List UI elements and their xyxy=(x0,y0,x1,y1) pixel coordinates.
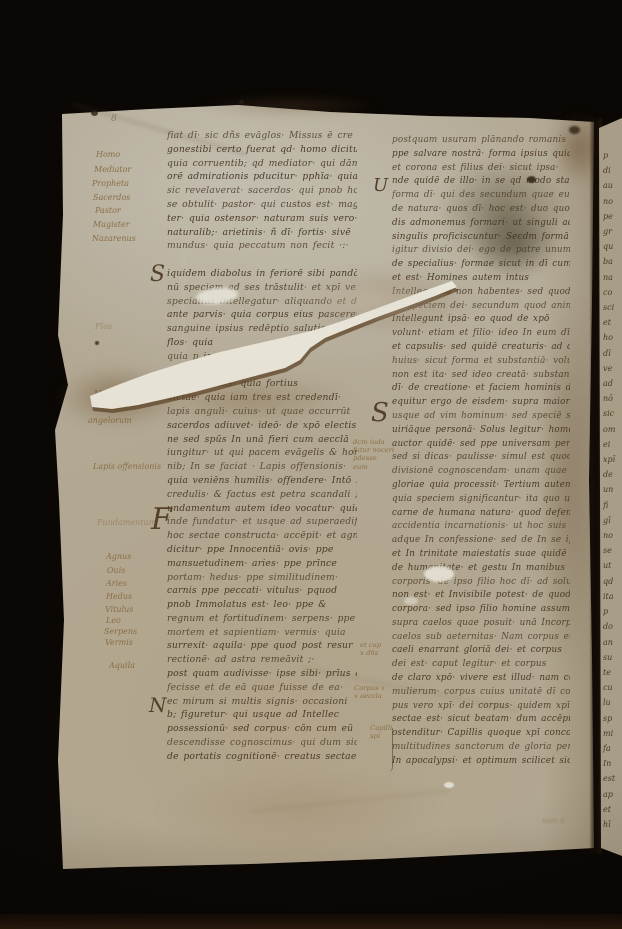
manuscript-text-line: ppe salvare nostrā· forma ipsius quia Ca xyxy=(392,148,570,162)
quire-mark: 8 xyxy=(111,114,117,124)
manuscript-text-line: se obtulit· pastor· qui custos est· magi… xyxy=(167,198,357,212)
manuscript-text-line: sic revelaverat· sacerdos· qui pnob host… xyxy=(167,184,357,198)
gloss-line: x dñs xyxy=(360,649,381,657)
facing-page-fragment: no xyxy=(603,528,622,543)
manuscript-text-line: de natura· quos dī· hoc est· duo quoque xyxy=(392,203,570,217)
manuscript-text-line: fecisse et de eā quae fuisse de ea· xyxy=(167,681,357,695)
facing-page-fragment: ut xyxy=(603,558,622,573)
manuscript-text-line: corporis· de ipso filio hoc dī· ad solum… xyxy=(392,576,570,590)
facing-page-fragment: na xyxy=(603,270,622,285)
manuscript-text-line: inde fundatur· et usque ad superaedifi xyxy=(167,515,357,529)
manuscript-text-line: usque ad vim hominum· sed speciē substan xyxy=(392,410,570,424)
intercolumn-gloss: et capx dñs xyxy=(360,641,381,657)
margin-note: Homo xyxy=(96,150,120,159)
manuscript-text-line: surrexit· aquila· ppe quod post resur xyxy=(167,639,357,653)
manuscript-text-line: volunt· etiam et filio· ideo In eum dī· xyxy=(392,327,570,341)
facing-page-fragment: sp xyxy=(603,711,622,726)
margin-note: Lapis offensionis xyxy=(93,462,161,471)
margin-note: Vitulus xyxy=(105,605,133,614)
decorated-initial: F xyxy=(151,505,172,535)
margin-note: Flos xyxy=(95,322,112,331)
facing-page-fragment: In xyxy=(603,756,622,771)
facing-page-fragment: ei xyxy=(603,437,622,452)
facing-page-fragment: dī xyxy=(603,346,622,361)
margin-note: Hedus xyxy=(106,592,132,601)
margin-note: Sacerdos xyxy=(93,193,130,202)
abrasion-patch xyxy=(300,278,450,324)
facing-page-fragment: ve xyxy=(603,361,622,376)
facing-page-fragment: p xyxy=(603,148,622,163)
manuscript-text-line: sectae est· sicut beatam· dum accēpit xyxy=(392,713,570,727)
manuscript-text-line: ter· quia ostensor· naturam suis vero· e… xyxy=(167,212,357,226)
facing-page-fragment: ap xyxy=(603,787,622,802)
manuscript-text-line: ostenditur· Capillis quoque xpī concordi… xyxy=(392,727,570,741)
manuscript-text-line: dicitur· ppe Innocentiā· ovis· ppe xyxy=(167,543,357,557)
facing-page-fragment: ho xyxy=(603,330,622,345)
manuscript-text-line: sacerdos adiuvet· ideō· de xpō electis xyxy=(167,419,357,433)
gloss-line: dcm iuda xyxy=(353,438,394,446)
facing-page-fragment: qd xyxy=(603,574,622,589)
facing-page-fragment: est xyxy=(603,771,622,786)
manuscript-text-line: pus vero xpī· dei corpus· quidem xpī sun… xyxy=(392,700,570,714)
facing-page-fragment: fa xyxy=(603,741,622,756)
manuscript-text-line: uiriāque personā· Solus legitur· homo et xyxy=(392,424,570,438)
manuscript-text-line: de claro xpō· vivere est illud· nam corp… xyxy=(392,672,570,686)
manuscript-text-line: carnis ppe peccati· vitulus· pquod xyxy=(167,584,357,598)
manuscript-text-line: gonestibi certo fuerat qd· homo dicitur· xyxy=(167,143,357,157)
intercolumn-gloss: Corpus xx aeccla xyxy=(354,684,385,700)
manuscript-text-line: multitudines sanctorum de gloria per unā xyxy=(392,741,570,755)
decorated-initial: N xyxy=(149,695,167,715)
manuscript-text-line: et corona est filius dei· sicut ipsa· xyxy=(392,162,570,176)
facing-page-fragment: nō xyxy=(603,391,622,406)
manuscript-text-line: regnum et fortitudinem· serpens· ppe xyxy=(167,612,357,626)
manuscript-text-line: dī· de creatione· et faciem hominis de e… xyxy=(392,382,570,396)
gloss-line: pdesse xyxy=(353,454,394,462)
manuscript-text-line: nib; In se faciat · Lapis offensionis· xyxy=(167,460,357,474)
manuscript-text-line: postquam usuram plānando romanis pho xyxy=(392,134,570,148)
margin-note: angelorum xyxy=(88,416,132,425)
manuscript-text-line: quia veniēns humilis· offendere· Intō In xyxy=(167,474,357,488)
manuscript-text-line: divisionē cognoscendam· unam quae dnī xyxy=(392,465,570,479)
facing-page-fragment: gī xyxy=(603,513,622,528)
facing-page-fragment: lu xyxy=(603,695,622,710)
facing-page-fragment: ad xyxy=(603,376,622,391)
facing-page-fragment: fi xyxy=(603,498,622,513)
margin-note: Fundamentum xyxy=(97,518,156,527)
manuscript-text-line: mundus· quia peccatum non fecit ·:· xyxy=(167,239,357,253)
manuscript-text-line: mulierum· corpus cuius unitatē dī cor xyxy=(392,686,570,700)
manuscript-text-line: ne sed spūs In unā fieri cum aecclā xyxy=(167,433,357,447)
manuscript-text-line: credulis· & factus est petra scandali ;· xyxy=(167,488,357,502)
text-column-right: postquam usuram plānando romanis phoppe … xyxy=(392,134,570,769)
facing-page-fragment: gr xyxy=(603,224,622,239)
margin-note: Aquila xyxy=(109,661,135,670)
manuscript-text-line: carne de humana natura· quod defensionē xyxy=(392,507,570,521)
manuscript-text-line: iungitur· ut qui pacem evāgelis & homi xyxy=(167,446,357,460)
manuscript-text-line: portam· hedus· ppe similitudinem· xyxy=(167,571,357,585)
facing-page-fragment: qu xyxy=(603,239,622,254)
manuscript-text-line: mansuetudinem· aries· ppe prīnce xyxy=(167,557,357,571)
facing-page-fragment: pe xyxy=(603,209,622,224)
margin-note: Mediator xyxy=(94,165,131,174)
gloss-line: eum xyxy=(353,463,394,471)
facing-page-fragment: do xyxy=(603,619,622,634)
facing-page-fragment: un xyxy=(603,482,622,497)
facing-page-fragment: ita xyxy=(603,589,622,604)
margin-note: Aries xyxy=(106,579,127,588)
manuscript-text-line: lapis anguli· cuius· ut quae occurrūt xyxy=(167,405,357,419)
manuscript-text-line: equitur ergo de eisdem· supra maiorē xyxy=(392,396,570,410)
manuscript-text-line: de specialius· formae sicut in dī cum pa… xyxy=(392,258,570,272)
manuscript-text-line: descendisse cognoscimus· qui dum sic xyxy=(167,736,357,750)
facing-page-fragment: p xyxy=(603,604,622,619)
margin-note: Nazarenus xyxy=(92,234,136,243)
folio-bottom-mark: num il xyxy=(542,817,564,825)
manuscript-photo: fiat dī· sic dñs evāglos· Missus ē crego… xyxy=(0,0,622,929)
manuscript-text-line: caelos sub aeternitas· Nam corpus et xpī xyxy=(392,631,570,645)
manuscript-text-line: supra caelos quae posuit· unā Incorporat… xyxy=(392,617,570,631)
facing-page-fragment: no xyxy=(603,194,622,209)
gloss-line: Corpus x xyxy=(354,684,385,692)
margin-note: Ouis xyxy=(107,566,125,575)
margin-note: Agnus xyxy=(106,552,131,561)
manuscript-text-line: quia speciem significantur· ita quo usqu… xyxy=(392,493,570,507)
manuscript-text-line: In apocalypsi· et optimum scilicet sicut xyxy=(392,755,570,769)
facing-page-fragment: sci xyxy=(603,300,622,315)
manuscript-text-line: rectionē· ad astra remeāvit ;· xyxy=(167,653,357,667)
facing-page-fragment: ba xyxy=(603,254,622,269)
manuscript-text-line xyxy=(167,253,357,267)
manuscript-text-line: hoc sectae constructa· accēpit· et agnus xyxy=(167,529,357,543)
facing-page-fragment: co xyxy=(603,285,622,300)
manuscript-text-line: mortem et sapientiam· vermis· quia xyxy=(167,626,357,640)
facing-page-fragment: di xyxy=(603,163,622,178)
text-column-left: fiat dī· sic dñs evāglos· Missus ē crego… xyxy=(167,129,357,764)
manuscript-text-line: sed si dicas· paulisse· simul est quod s… xyxy=(392,451,570,465)
gloss-line: et cap xyxy=(360,641,381,649)
manuscript-text-line: huius· sicut forma et substantiā· volunt… xyxy=(392,355,570,369)
manuscript-text-line: dei est· caput legitur· et corpus xyxy=(392,658,570,672)
manuscript-text-line: iquidem diabolus in feriorē sibi pandā xyxy=(167,267,357,281)
facing-page-fragment: de xyxy=(603,467,622,482)
manuscript-text-line: gloriae quia processit· Tertium autem dī xyxy=(392,479,570,493)
facing-page-fragment: an xyxy=(603,635,622,650)
manuscript-text-line: orē admirationis pducitur· pphīa· quia f… xyxy=(167,170,357,184)
manuscript-text-line: possessionū· sed corpus· cōn cum eū de c… xyxy=(167,722,357,736)
manuscript-text-line: naturalib;· arietinis· ñ dī· fortis· siv… xyxy=(167,226,357,240)
facing-page-fragment: et xyxy=(603,315,622,330)
manuscript-text-line: ec mirum si multis signis· occasioni xyxy=(167,695,357,709)
facing-page-fragment: sic xyxy=(603,406,622,421)
margin-note: Pastor xyxy=(95,206,121,215)
facing-page-fragment: au xyxy=(603,178,622,193)
margin-note: Leo xyxy=(106,616,121,625)
manuscript-text-line: accidentia incarnationis· ut hoc suis no… xyxy=(392,520,570,534)
manuscript-text-line: de portatis cognitionē· creatus sectae f… xyxy=(167,750,357,764)
manuscript-text-line: corpora· sed ipso filio homine assumpto xyxy=(392,603,570,617)
manuscript-text-line: auctor quidē· sed ppe universam personā xyxy=(392,438,570,452)
manuscript-text-line: fiat dī· sic dñs evāglos· Missus ē cre xyxy=(167,129,357,143)
manuscript-text-line: nde quidē de illo· in se qd modo statī xyxy=(392,175,570,189)
facing-page-fragment: su xyxy=(603,650,622,665)
gloss-line: x aeccla xyxy=(354,692,385,700)
margin-note: Vermis xyxy=(105,638,133,647)
intercolumn-gloss: dcm iudafutur noceripdesseeum xyxy=(353,438,394,471)
facing-page-fragment: mi xyxy=(603,726,622,741)
gloss-bracket xyxy=(386,728,393,772)
edge-speck xyxy=(239,100,244,104)
manuscript-text-line: et capsulis· sed quidē creaturis· ad de xyxy=(392,341,570,355)
margin-note: Propheta xyxy=(92,179,129,188)
manuscript-text-line: forma dī· qui des secundum quae eum xyxy=(392,189,570,203)
manuscript-text-line: pnob Immolatus est· leo· ppe & xyxy=(167,598,357,612)
manuscript-text-line: non est· et Invisibile potest· de quod e… xyxy=(392,589,570,603)
facing-page-fragment: se xyxy=(603,543,622,558)
manuscript-text-line: quia corruentib; qd mediator· qui dāmō xyxy=(167,157,357,171)
mount-bottom-strip xyxy=(0,914,622,929)
facing-page-fragment: om xyxy=(603,422,622,437)
manuscript-text-line: non est ita· sed ideo creatā· substantiā xyxy=(392,369,570,383)
gloss-line: futur noceri xyxy=(353,446,394,454)
facing-page-fragment: te xyxy=(603,665,622,680)
manuscript-text-line: singulis proficiscuntur· Secdm formā xyxy=(392,231,570,245)
manuscript-text-line: de humanitate· et gestu In manibus xyxy=(392,562,570,576)
margin-note: Serpens xyxy=(104,627,137,636)
manuscript-text-line: undamentum autem ideo vocatur· quia fidē… xyxy=(167,502,357,516)
manuscript-text-line: b; figuretur· qui usque ad Intellec xyxy=(167,708,357,722)
facing-page-fragment: et xyxy=(603,802,622,817)
facing-page-text-fragments: pdiaunopegrqubanacosciethodīveadnōsicome… xyxy=(603,148,622,832)
facing-page-fragment: hī xyxy=(603,817,622,832)
manuscript-text-line: post quam audivisse· ipse sibi· prīus & xyxy=(167,667,357,681)
manuscript-text-line: caeli enarrant gloriā dei· et corpus xyxy=(392,644,570,658)
decorated-initial: S xyxy=(150,264,165,286)
decorated-initial: U xyxy=(373,177,388,195)
facing-page-fragment: xpī xyxy=(603,452,622,467)
decorated-initial: S xyxy=(371,400,389,426)
manuscript-text-line: igitur divisio dei· ego de patre unum xyxy=(392,244,570,258)
manuscript-text-line: dis admonemus formari· ut singuli ad xyxy=(392,217,570,231)
margin-note: Magister xyxy=(93,220,130,229)
manuscript-text-line: et In trinitate maiestatis suae quidē xyxy=(392,548,570,562)
facing-page-fragment: cu xyxy=(603,680,622,695)
manuscript-text-line: adque In confessione· sed de In se ipsum xyxy=(392,534,570,548)
